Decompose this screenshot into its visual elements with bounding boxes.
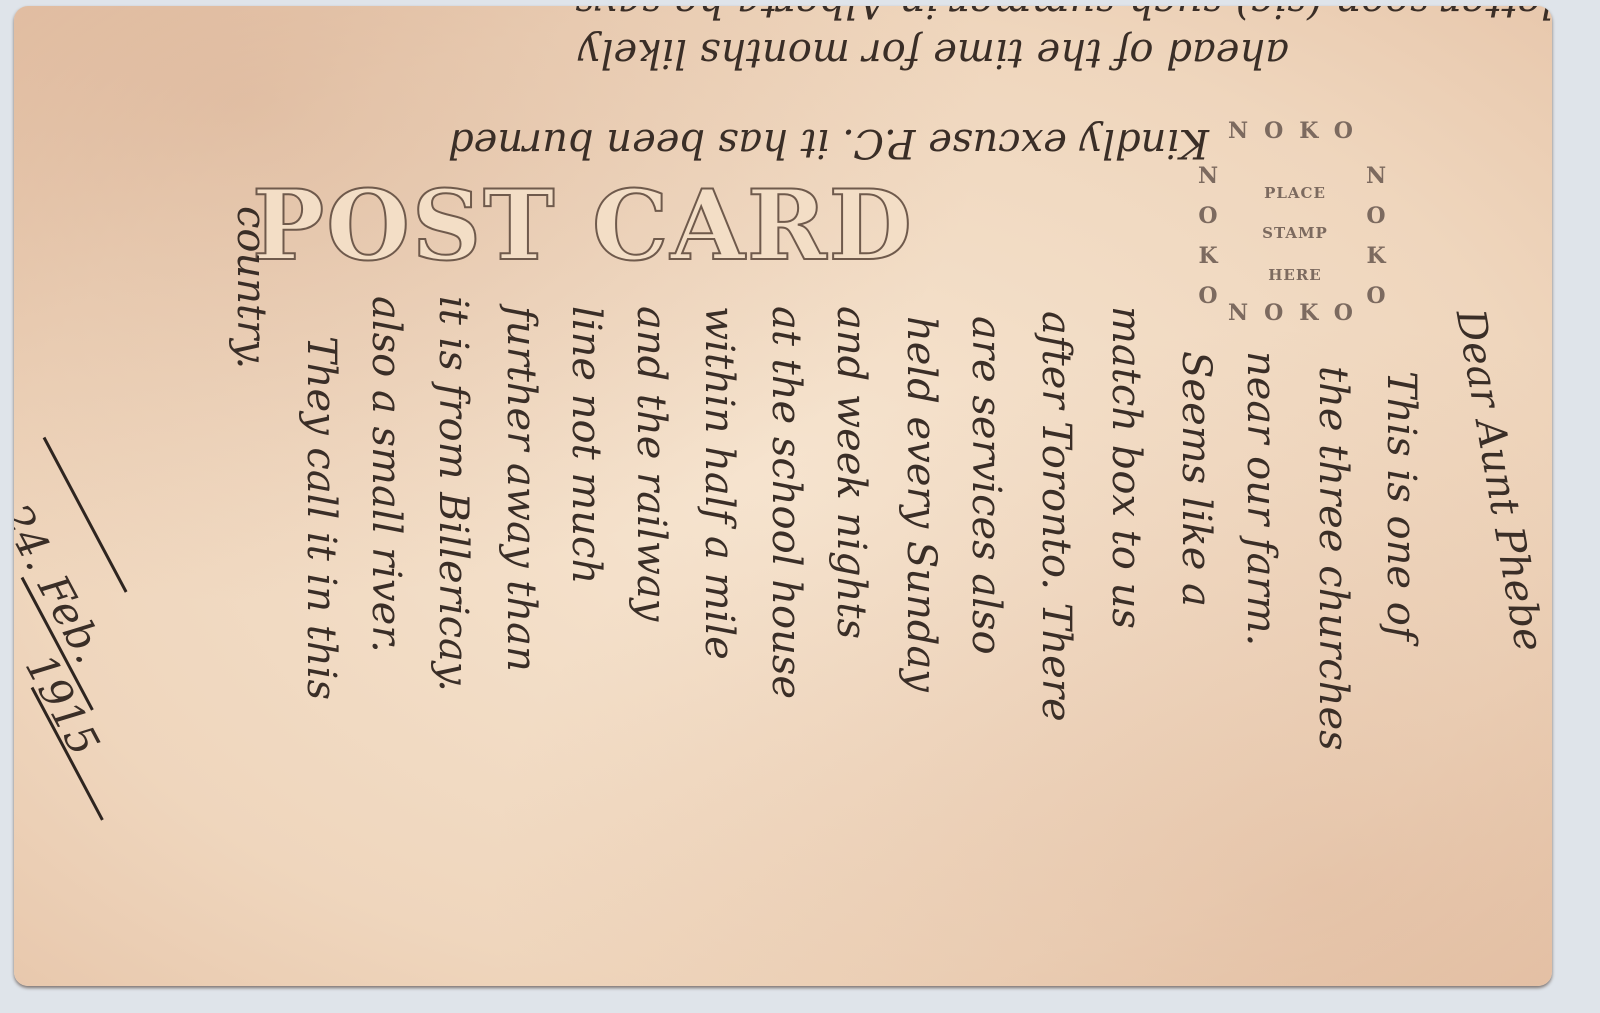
- handwritten-line: Dear Aunt Phebe: [1447, 306, 1552, 655]
- stamp-box: NOKO NOKO NOKO NOKO PLACE STAMP HERE: [1190, 118, 1400, 328]
- handwritten-line: match box to us: [1103, 306, 1149, 629]
- postcard-title: POST CARD: [252, 169, 914, 282]
- handwritten-line: This is one of: [1378, 371, 1424, 641]
- handwritten-line: also a small river.: [363, 296, 409, 653]
- handwritten-line: it is from Billericay.: [430, 296, 476, 692]
- date-day-month: 24. Feb.: [14, 496, 115, 671]
- handwritten-line: after Toronto. There: [1033, 311, 1079, 722]
- stamp-line-place: PLACE: [1230, 184, 1360, 202]
- handwritten-line: They call it in this: [298, 336, 344, 700]
- handwritten-line: Kindly excuse P.C. it has been burned: [448, 120, 1209, 166]
- handwritten-line: ahead of the time for months likely: [578, 30, 1289, 76]
- stamp-line-here: HERE: [1230, 266, 1360, 284]
- stamp-border-right: NOKO: [1364, 156, 1388, 316]
- handwritten-line: held every Sunday: [898, 316, 944, 692]
- handwritten-line: Seems like a: [1173, 351, 1219, 607]
- handwritten-line: within half a mile: [696, 306, 742, 660]
- handwritten-line: further away than: [498, 306, 544, 672]
- stamp-line-stamp: STAMP: [1230, 224, 1360, 242]
- stamp-border-left: NOKO: [1196, 156, 1220, 316]
- postcard-back: POST CARD NOKO NOKO NOKO NOKO PLACE STAM…: [14, 6, 1552, 986]
- handwritten-line: and week nights: [828, 306, 874, 639]
- stamp-border-top: NOKO: [1228, 118, 1369, 144]
- handwritten-line: are services also: [963, 316, 1009, 655]
- stamp-border-bottom: NOKO: [1228, 300, 1369, 326]
- handwritten-line: at the school house: [763, 306, 809, 699]
- handwritten-line: the three churches: [1310, 366, 1356, 751]
- handwritten-line: near our farm.: [1238, 351, 1284, 646]
- handwritten-line: and the railway: [628, 306, 674, 621]
- handwritten-line: line not much: [563, 306, 609, 584]
- handwritten-line: country.: [228, 206, 274, 369]
- handwritten-line: letter soon (sic) such summer in Alberta…: [575, 6, 1552, 26]
